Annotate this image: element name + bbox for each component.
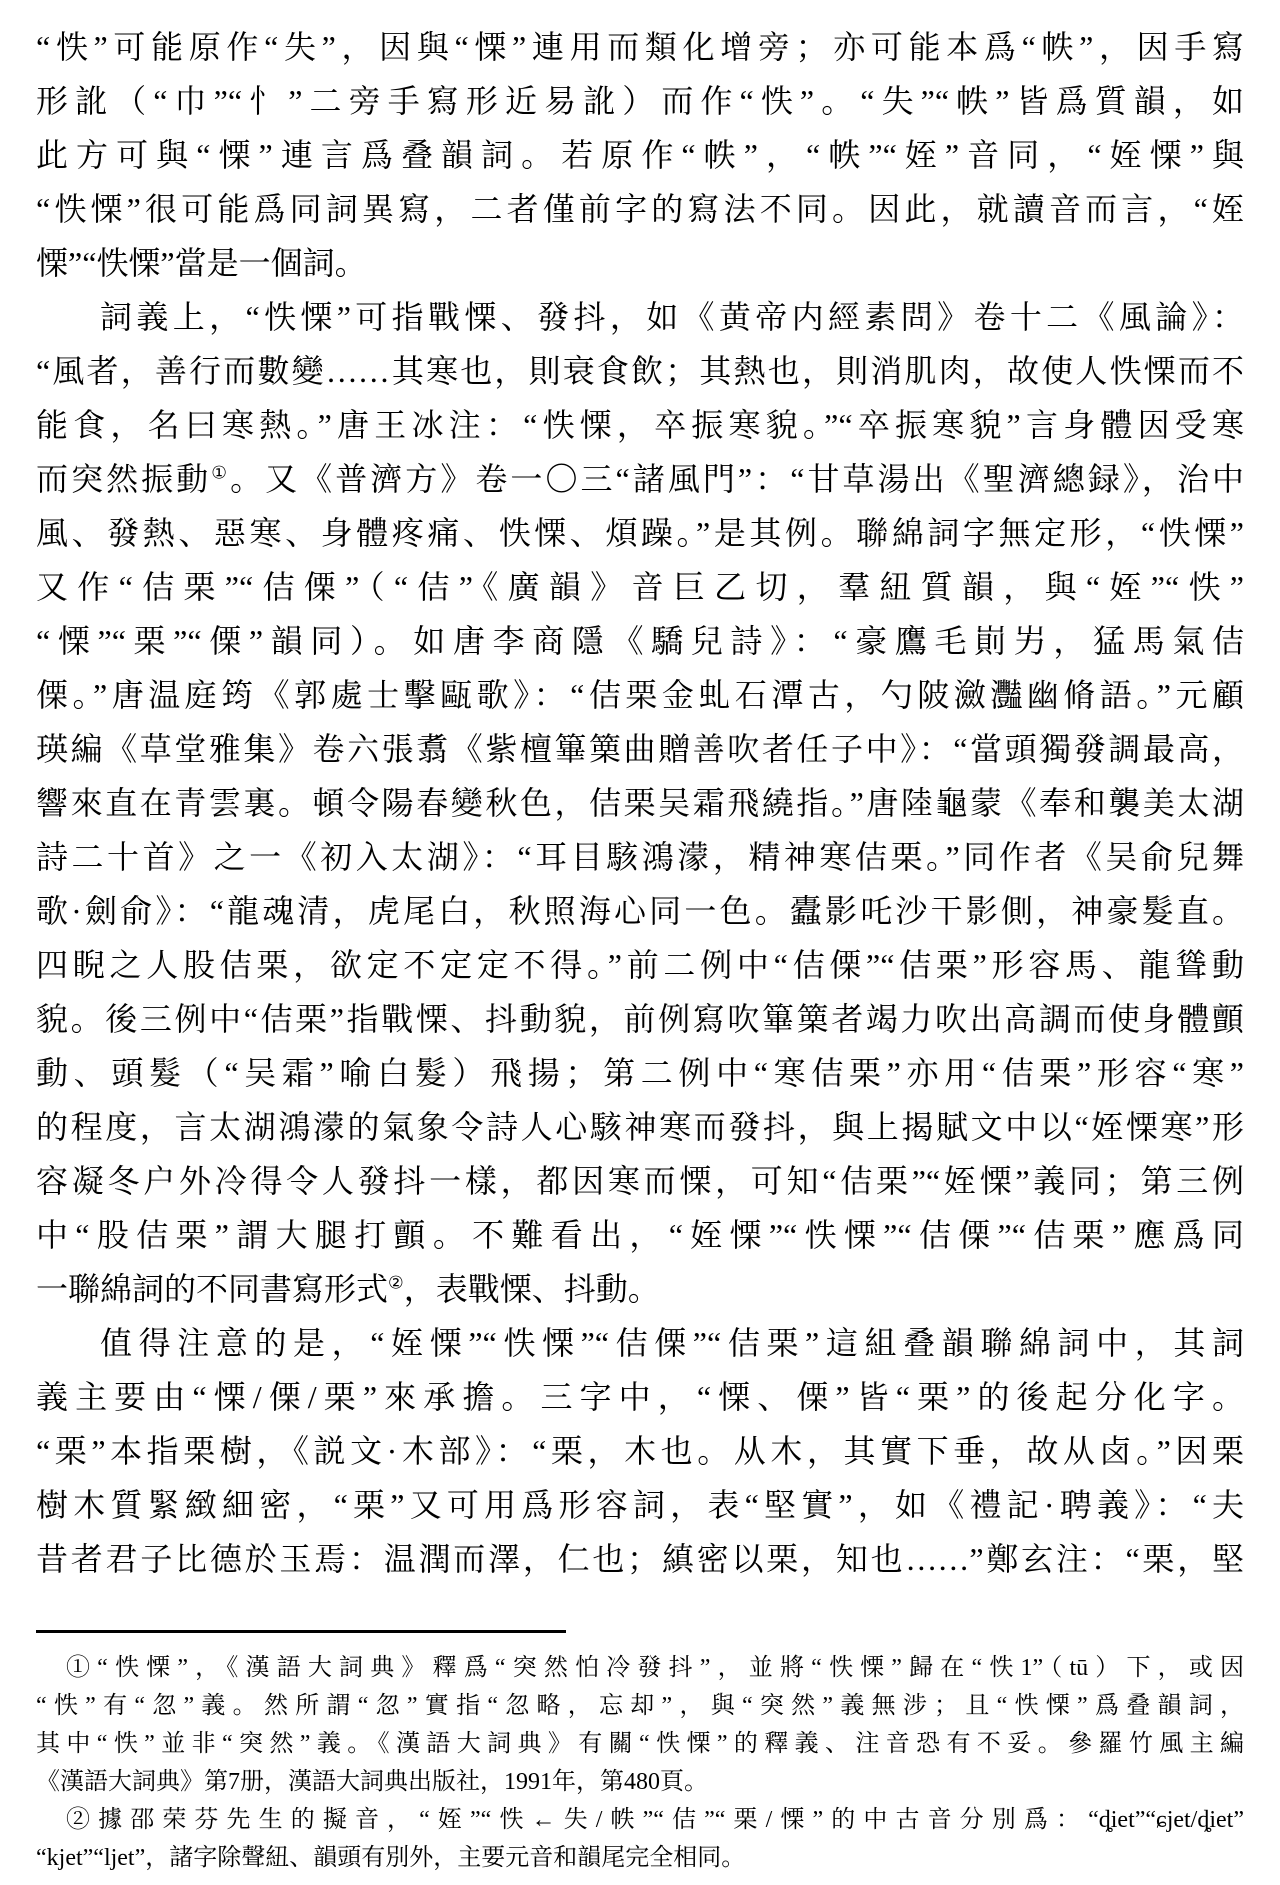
body-line: 昔者君子比德於玉焉：温潤而澤，仁也；縝密以栗，知也……”鄭玄注：“栗，堅 (36, 1532, 1244, 1586)
footnote-2-line: ②據邵荣芬先生的擬音，“姪”“怢←失/帙”“佶”“栗/慄”的中古音分別爲：“ȡi… (36, 1801, 1244, 1839)
body-line-paragraph-end: 慄”“怢慄”當是一個詞。 (36, 236, 1244, 290)
body-line: 傈。”唐温庭筠《郭處士擊甌歌》：“佶栗金虬石潭古，勺陂瀲灩幽脩語。”元顧 (36, 668, 1244, 722)
body-line: 中“股佶栗”謂大腿打顫。不難看出，“姪慄”“怢慄”“佶傈”“佶栗”應爲同 (36, 1208, 1244, 1262)
body-line: “風者，善行而數變……其寒也，則衰食飲；其熱也，則消肌肉，故使人怢慄而不 (36, 344, 1244, 398)
body-line: “怢慄”很可能爲同詞異寫，二者僅前字的寫法不同。因此，就讀音而言，“姪 (36, 182, 1244, 236)
body-line: 瑛編《草堂雅集》卷六張翥《紫檀篳篥曲贈善吹者任子中》：“當頭獨發調最高， (36, 722, 1244, 776)
body-line: 容凝冬户外冷得令人發抖一樣，都因寒而慄，可知“佶栗”“姪慄”義同；第三例 (36, 1154, 1244, 1208)
footnote-2-line: “kjet”“ljet”，諸字除聲紐、韻頭有別外，主要元音和韻尾完全相同。 (36, 1839, 1244, 1877)
footnote-1-line: “怢”有“忽”義。然所謂“忽”實指“忽略，忘却”，與“突然”義無涉；且“怢慄”爲… (36, 1687, 1244, 1725)
body-line: “栗”本指栗樹，《説文·木部》：“栗，木也。从木，其實下垂，故从卤。”因栗 (36, 1424, 1244, 1478)
body-line: “慄”“栗”“傈”韻同）。如唐李商隱《驕兒詩》：“豪鷹毛崱屴，猛馬氣佶 (36, 614, 1244, 668)
body-line: 此方可與“慄”連言爲叠韻詞。若原作“帙”，“帙”“姪”音同，“姪慄”與 (36, 128, 1244, 182)
body-line: 響來直在青雲裏。頓令陽春變秋色，佶栗吴霜飛繞指。”唐陸龜蒙《奉和襲美太湖 (36, 776, 1244, 830)
body-text: “怢”可能原作“失”，因與“慄”連用而類化增旁；亦可能本爲“帙”，因手寫 形訛（… (36, 20, 1244, 1586)
document-page: “怢”可能原作“失”，因與“慄”連用而類化增旁；亦可能本爲“帙”，因手寫 形訛（… (0, 0, 1280, 1885)
body-line: 四睨之人股佶栗，欲定不定定不得。”前二例中“佶傈”“佶栗”形容馬、龍聳動 (36, 938, 1244, 992)
footnote-1-line: ①“怢慄”，《漢語大詞典》釋爲“突然怕冷發抖”，並將“怢慄”歸在“怢1”（tū）… (36, 1649, 1244, 1687)
footnote-ref-icon: ① (211, 462, 230, 482)
body-line: “怢”可能原作“失”，因與“慄”連用而類化增旁；亦可能本爲“帙”，因手寫 (36, 20, 1244, 74)
body-line: 又作“佶栗”“佶傈”（“佶”《廣韻》音巨乙切，羣紐質韻，與“姪”“怢” (36, 560, 1244, 614)
footnotes: ①“怢慄”，《漢語大詞典》釋爲“突然怕冷發抖”，並將“怢慄”歸在“怢1”（tū）… (36, 1649, 1244, 1877)
body-line: 歌·劍俞》：“龍魂清，虎尾白，秋照海心同一色。蠹影吒沙干影側，神豪髮直。 (36, 884, 1244, 938)
body-line-paragraph-start: 值得注意的是，“姪慄”“怢慄”“佶傈”“佶栗”這組叠韻聯綿詞中，其詞 (36, 1316, 1244, 1370)
body-line: 能食，名曰寒熱。”唐王冰注：“怢慄，卒振寒貌。”“卒振寒貌”言身體因受寒 (36, 398, 1244, 452)
footnote-1-line: 《漢語大詞典》第7册，漢語大詞典出版社，1991年，第480頁。 (36, 1763, 1244, 1801)
body-line: 而突然振動①。又《普濟方》卷一〇三“諸風門”：“甘草湯出《聖濟總録》，治中 (36, 452, 1244, 506)
body-line-paragraph-start: 詞義上，“怢慄”可指戰慄、發抖，如《黄帝内經素問》卷十二《風論》： (36, 290, 1244, 344)
body-line: 詩二十首》之一《初入太湖》：“耳目駭鴻濛，精神寒佶栗。”同作者《吴俞兒舞 (36, 830, 1244, 884)
body-line: 形訛（“巾”“忄”二旁手寫形近易訛）而作“怢”。“失”“帙”皆爲質韻，如 (36, 74, 1244, 128)
footnote-1-line: 其中“怢”並非“突然”義。《漢語大詞典》有關“怢慄”的釋義、注音恐有不妥。參羅竹… (36, 1725, 1244, 1763)
body-line: 動、頭髮（“吴霜”喻白髮）飛揚；第二例中“寒佶栗”亦用“佶栗”形容“寒” (36, 1046, 1244, 1100)
body-line: 貌。後三例中“佶栗”指戰慄、抖動貌，前例寫吹篳篥者竭力吹出高調而使身體顫 (36, 992, 1244, 1046)
body-line: 的程度，言太湖鴻濛的氣象令詩人心駭神寒而發抖，與上揭賦文中以“姪慄寒”形 (36, 1100, 1244, 1154)
body-line: 義主要由“慄/傈/栗”來承擔。三字中，“慄、傈”皆“栗”的後起分化字。 (36, 1370, 1244, 1424)
body-line: 樹木質緊緻細密，“栗”又可用爲形容詞，表“堅實”，如《禮記·聘義》：“夫 (36, 1478, 1244, 1532)
footnote-ref-icon: ② (388, 1272, 404, 1292)
body-line-paragraph-end: 一聯綿詞的不同書寫形式②，表戰慄、抖動。 (36, 1262, 1244, 1316)
body-line: 風、發熱、惡寒、身體疼痛、怢慄、煩躁。”是其例。聯綿詞字無定形，“怢慄” (36, 506, 1244, 560)
footnote-separator (36, 1630, 566, 1633)
